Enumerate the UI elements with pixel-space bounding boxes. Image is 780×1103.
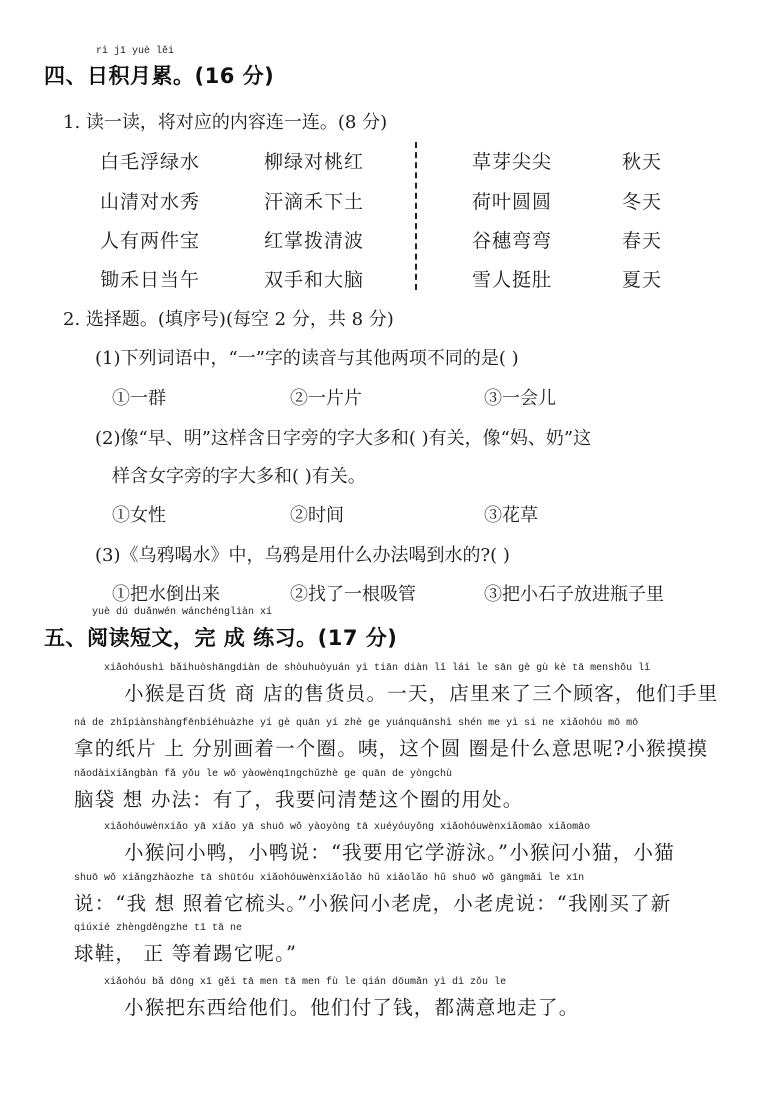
passage-line: 球鞋， 正 等着踢它呢。” <box>74 938 297 966</box>
match-left2-item[interactable]: 双手和大脑 <box>264 265 364 292</box>
match-right2-item[interactable]: 冬天 <box>622 187 662 214</box>
match-left2-item[interactable]: 汗滴禾下土 <box>264 187 364 214</box>
passage-line: 小猴是百货 商 店的售货员。一天，店里来了三个顾客，他们手里 <box>124 678 718 706</box>
passage-pinyin: xiǎohóushì bǎihuòshāngdiàn de shòuhuòyuá… <box>104 663 650 674</box>
q2-2-question-line1: (2)像“早、明”这样含日字旁的字大多和( )有关，像“妈、奶”这 <box>95 424 591 450</box>
match-left1-item[interactable]: 白毛浮绿水 <box>100 147 200 174</box>
match-right2-item[interactable]: 夏天 <box>622 265 662 292</box>
q2-1-option[interactable]: ③一会儿 <box>484 384 556 410</box>
section4-title-pinyin: rì jī yuè lěi <box>96 46 174 57</box>
match-right1-item[interactable]: 雪人挺肚 <box>472 265 552 292</box>
passage-line: 小猴把东西给他们。他们付了钱，都满意地走了。 <box>124 992 579 1020</box>
passage-line: 说：“我 想 照着它梳头。”小猴问小老虎，小老虎说：“我刚买了新 <box>74 888 671 916</box>
match-left1-item[interactable]: 山清对水秀 <box>100 187 200 214</box>
q2-2-option[interactable]: ②时间 <box>290 501 344 527</box>
q2-3-question: (3)《乌鸦喝水》中，乌鸦是用什么办法喝到水的?( ) <box>95 541 510 567</box>
passage-line: 小猴问小鸭，小鸭说：“我要用它学游泳。”小猴问小猫，小猫 <box>124 837 675 865</box>
q2-2-question-line2: 样含女字旁的字大多和( )有关。 <box>112 462 366 488</box>
q2-1-question: (1)下列词语中，“一”字的读音与其他两项不同的是( ) <box>95 344 519 370</box>
q2-3-option[interactable]: ②找了一根吸管 <box>290 580 416 606</box>
match-right1-item[interactable]: 谷穗弯弯 <box>472 226 552 253</box>
match-left2-item[interactable]: 柳绿对桃红 <box>264 147 364 174</box>
match-right2-item[interactable]: 春天 <box>622 226 662 253</box>
match-left1-item[interactable]: 人有两件宝 <box>100 226 200 253</box>
q2-1-option[interactable]: ②一片片 <box>290 384 362 410</box>
q1-prompt: 1. 读一读，将对应的内容连一连。(8 分) <box>63 108 387 134</box>
q2-1-option[interactable]: ①一群 <box>112 384 166 410</box>
match-right2-item[interactable]: 秋天 <box>622 147 662 174</box>
passage-line: 脑袋 想 办法：有了，我要问清楚这个圈的用处。 <box>74 784 524 812</box>
passage-pinyin: xiǎohóu bǎ dōng xī gěi tā men tā men fù … <box>104 977 506 988</box>
passage-line: 拿的纸片 上 分别画着一个圈。咦，这个圆 圈是什么意思呢?小猴摸摸 <box>74 733 708 761</box>
section4-title: 四、日积月累。(16 分) <box>44 60 274 90</box>
passage-pinyin: qiúxié zhèngděngzhe tī tā ne <box>74 923 242 934</box>
q2-2-option[interactable]: ③花草 <box>484 501 538 527</box>
q2-2-option[interactable]: ①女性 <box>112 501 166 527</box>
passage-pinyin: nǎodàixiǎngbàn fǎ yǒu le wǒ yàowènqīngch… <box>74 769 452 780</box>
q2-prompt: 2. 选择题。(填序号)(每空 2 分，共 8 分) <box>63 305 394 331</box>
match-right1-item[interactable]: 草芽尖尖 <box>472 147 552 174</box>
passage-pinyin: ná de zhǐpiànshàngfēnbiéhuàzhe yí gè quā… <box>74 718 638 729</box>
passage-pinyin: shuō wǒ xiǎngzhàozhe tā shūtóu xiǎohóuwè… <box>74 873 584 884</box>
dashed-divider <box>415 142 417 290</box>
q2-3-option[interactable]: ①把水倒出来 <box>112 580 220 606</box>
match-right1-item[interactable]: 荷叶圆圆 <box>472 187 552 214</box>
match-left2-item[interactable]: 红掌拨清波 <box>264 226 364 253</box>
section5-title: 五、阅读短文，完 成 练习。(17 分) <box>44 622 397 652</box>
passage-pinyin: xiǎohóuwènxiǎo yā xiǎo yā shuō wǒ yàoyòn… <box>104 822 590 833</box>
match-left1-item[interactable]: 锄禾日当午 <box>100 265 200 292</box>
q2-3-option[interactable]: ③把小石子放进瓶子里 <box>484 580 664 606</box>
section5-title-pinyin: yuè dú duǎnwén wánchéngliàn xí <box>92 607 272 618</box>
